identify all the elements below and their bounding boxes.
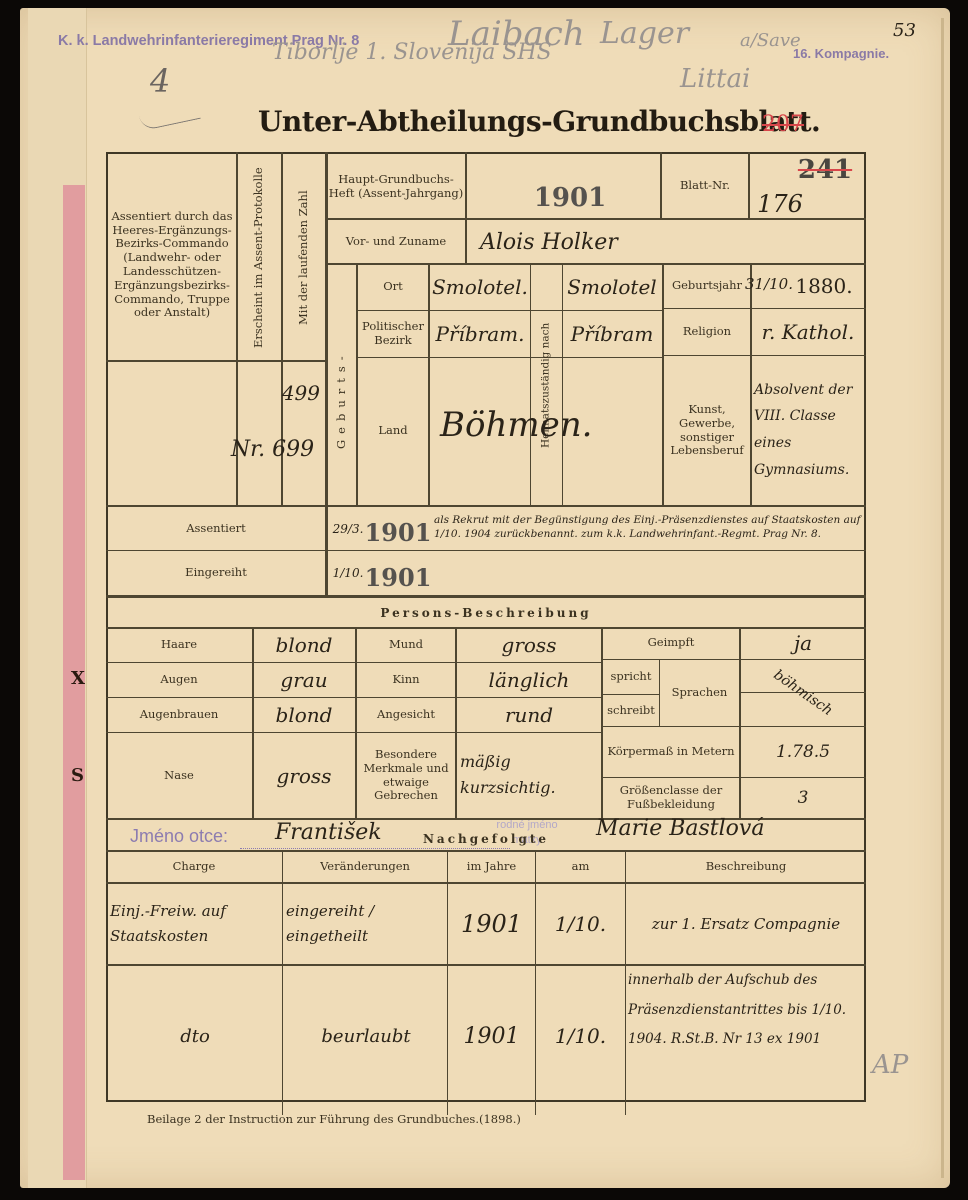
col-beschreibung: Beschreibung	[626, 851, 866, 882]
blatt-nr-struck: 241	[790, 152, 860, 188]
heimat-ort-value: Smolotel	[563, 265, 661, 309]
blatt-nr-label: Blatt-Nr.	[662, 156, 748, 216]
augen-value: grau	[254, 663, 354, 697]
nase-label: Nase	[106, 733, 252, 818]
eingereiht-year: 1901	[362, 560, 434, 594]
haare-label: Haare	[106, 628, 252, 662]
blatt-nr-red: 176	[750, 188, 810, 220]
row2-veraenderung: beurlaubt	[286, 966, 446, 1106]
geburtsjahr-value: 1880.	[786, 265, 862, 307]
merkmale-label: Besondere Merkmale und etwaige Gebrechen	[357, 733, 455, 818]
old-sheet-number: 207	[762, 112, 804, 137]
row2-am: 1/10.	[536, 966, 625, 1106]
footer-note: Beilage 2 der Instruction zur Führung de…	[147, 1112, 521, 1126]
strip-mark-x: X	[71, 668, 85, 689]
birth-ort-value: Smolotel.	[430, 265, 530, 309]
pencil-note-laibach: Laibach	[448, 14, 585, 54]
running-number-value: Nr. 699	[220, 432, 325, 466]
birth-date-red: 31/10.	[752, 262, 786, 306]
row1-jahr: 1901	[448, 886, 535, 962]
document-title: Unter-Abtheilungs-Grundbuchsblatt.	[258, 105, 820, 138]
corner-number: 4	[150, 62, 170, 100]
koerpermass-label: Körpermaß in Metern	[603, 727, 739, 777]
geimpft-label: Geimpft	[603, 628, 739, 658]
nase-value: gross	[254, 733, 354, 818]
description-section-title: Persons-Beschreibung	[106, 600, 866, 626]
strip-mark-s: S	[71, 765, 84, 786]
bottom-right-initials: AP	[872, 1050, 908, 1080]
pencil-note-littai: Littai	[680, 64, 750, 94]
row1-beschreibung: zur 1. Ersatz Compagnie	[628, 886, 864, 962]
angesicht-label: Angesicht	[357, 698, 455, 732]
col-charge: Charge	[106, 851, 282, 882]
kinn-value: länglich	[457, 663, 601, 697]
page-number: 53	[893, 20, 916, 41]
row1-charge: Einj.-Freiw. auf Staatskosten	[110, 886, 280, 962]
eingereiht-label: Eingereiht	[106, 551, 326, 595]
groessenclasse-value: 3	[741, 778, 865, 818]
name-value: Alois Holker	[480, 222, 680, 262]
pencil-note-save: a/Save	[740, 30, 801, 51]
assentiert-by-label: Assentiert durch das Heeres-Ergänzungs-B…	[110, 200, 234, 330]
religion-value: r. Kathol.	[752, 309, 864, 355]
beruf-label: Kunst, Gewerbe, sonstiger Lebensberuf	[664, 357, 750, 504]
pencil-note-lager: Lager	[600, 16, 689, 51]
row1-veraenderung: eingereiht / eingetheilt	[286, 886, 446, 962]
angesicht-value: rund	[457, 698, 601, 732]
col-am: am	[536, 851, 625, 882]
running-number-label: Mit der laufenden Zahl	[283, 160, 325, 355]
birth-land-label: Land	[358, 358, 428, 504]
merkmale-value: mäßig kurzsichtig.	[460, 740, 598, 810]
schreibt-label: schreibt	[603, 695, 659, 726]
assentiert-date: 29/3.	[333, 512, 363, 546]
beruf-value: Absolvent der VIII. Classe eines Gymnasi…	[754, 365, 862, 495]
spricht-label: spricht	[603, 660, 659, 694]
haare-value: blond	[254, 628, 354, 662]
haupt-grundbuch-label: Haupt-Grundbuchs-Heft (Assent-Jahrgang)	[328, 156, 464, 218]
birth-ort-label: Ort	[358, 265, 428, 309]
kinn-label: Kinn	[357, 663, 455, 697]
religion-label: Religion	[664, 309, 750, 355]
heimat-bezirk-value: Příbram	[563, 311, 661, 357]
groessenclasse-label: Größenclasse der Fußbekleidung	[603, 778, 739, 818]
col-veraenderungen: Veränderungen	[283, 851, 447, 882]
geburtsjahr-label: Geburtsjahr	[664, 265, 750, 307]
assent-protocol-value: 499	[240, 378, 320, 408]
mund-value: gross	[457, 628, 601, 662]
birth-bezirk-value: Příbram.	[430, 311, 530, 357]
haupt-grundbuch-value: 1901	[520, 178, 620, 218]
geburts-section-label: Geburts-	[328, 340, 356, 460]
page-edge	[941, 18, 944, 1178]
augen-label: Augen	[106, 663, 252, 697]
assentiert-note: als Rekrut mit der Begünstigung des Einj…	[434, 506, 864, 550]
assentiert-year: 1901	[362, 514, 434, 550]
augenbrauen-value: blond	[254, 698, 354, 732]
row2-charge: dto	[110, 966, 280, 1106]
row1-am: 1/10.	[536, 886, 625, 962]
koerpermass-value: 1.78.5	[741, 727, 865, 777]
assent-protocol-label: Erscheint im Assent-Protokolle	[238, 160, 280, 355]
birth-bezirk-label: Politischer Bezirk	[358, 311, 428, 357]
col-jahr: im Jahre	[448, 851, 535, 882]
assentiert-label: Assentiert	[106, 507, 326, 550]
row2-jahr: 1901	[448, 966, 535, 1106]
nachgefolgte-title: Nachgefolgte	[106, 828, 866, 850]
birth-land-value: Böhmen.	[440, 395, 640, 455]
row2-beschreibung: innerhalb der Aufschub des Präsenzdienst…	[628, 966, 864, 1102]
company-stamp: 16. Kompagnie.	[793, 46, 889, 61]
augenbrauen-label: Augenbrauen	[106, 698, 252, 732]
sprachen-label: Sprachen	[660, 660, 739, 726]
name-label: Vor- und Zuname	[328, 222, 464, 262]
eingereiht-date: 1/10.	[333, 556, 363, 590]
mund-label: Mund	[357, 628, 455, 662]
